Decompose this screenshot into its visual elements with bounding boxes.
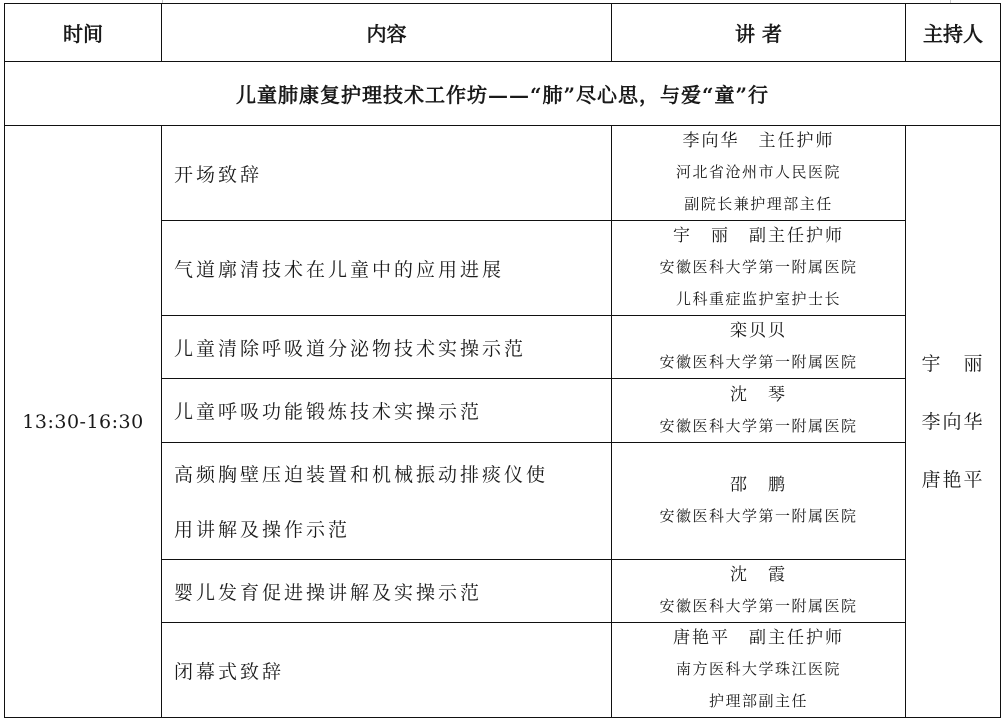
speaker-name: 李向华 主任护师 xyxy=(612,126,905,156)
speaker-affiliation: 安徽医科大学第一附属医院 xyxy=(612,410,905,442)
content-cell: 儿童呼吸功能锻炼技术实操示范 xyxy=(162,379,612,443)
content-cell: 高频胸壁压迫装置和机械振动排痰仪使 用讲解及操作示范 xyxy=(162,443,612,560)
content-cell: 婴儿发育促进操讲解及实操示范 xyxy=(162,560,612,623)
schedule-table: 时间 内容 讲 者 主持人 儿童肺康复护理技术工作坊——“肺”尽心思，与爱“童”… xyxy=(4,3,1001,718)
speaker-cell: 沈 琴 安徽医科大学第一附属医院 xyxy=(612,379,906,443)
host-name: 李向华 xyxy=(906,393,1000,451)
speaker-position: 护理部副主任 xyxy=(612,685,905,717)
speaker-name: 沈 霞 xyxy=(612,560,905,590)
speaker-affiliation: 安徽医科大学第一附属医院 xyxy=(612,590,905,622)
time-slot: 13:30-16:30 xyxy=(5,126,162,718)
content-cell: 气道廓清技术在儿童中的应用进展 xyxy=(162,221,612,316)
hosts-cell: 宇 丽 李向华 唐艳平 xyxy=(906,126,1001,718)
content-cell: 儿童清除呼吸道分泌物技术实操示范 xyxy=(162,316,612,379)
speaker-affiliation: 河北省沧州市人民医院 xyxy=(612,156,905,188)
host-name: 宇 丽 xyxy=(906,335,1000,393)
table-row: 13:30-16:30 开场致辞 李向华 主任护师 河北省沧州市人民医院 副院长… xyxy=(5,126,1001,221)
header-speaker: 讲 者 xyxy=(612,4,906,62)
speaker-name: 唐艳平 副主任护师 xyxy=(612,623,905,653)
speaker-affiliation: 安徽医科大学第一附属医院 xyxy=(612,346,905,378)
speaker-name: 栾贝贝 xyxy=(612,316,905,346)
speaker-affiliation: 南方医科大学珠江医院 xyxy=(612,653,905,685)
speaker-name: 邵 鹏 xyxy=(612,470,905,500)
speaker-cell: 唐艳平 副主任护师 南方医科大学珠江医院 护理部副主任 xyxy=(612,623,906,718)
speaker-position: 儿科重症监护室护士长 xyxy=(612,283,905,315)
speaker-name: 宇 丽 副主任护师 xyxy=(612,221,905,251)
speaker-affiliation: 安徽医科大学第一附属医院 xyxy=(612,500,905,532)
content-cell: 开场致辞 xyxy=(162,126,612,221)
host-name: 唐艳平 xyxy=(906,451,1000,509)
content-cell: 闭幕式致辞 xyxy=(162,623,612,718)
speaker-cell: 宇 丽 副主任护师 安徽医科大学第一附属医院 儿科重症监护室护士长 xyxy=(612,221,906,316)
session-title-row: 儿童肺康复护理技术工作坊——“肺”尽心思，与爱“童”行 xyxy=(5,62,1001,126)
content-line: 用讲解及操作示范 xyxy=(174,515,611,542)
session-title: 儿童肺康复护理技术工作坊——“肺”尽心思，与爱“童”行 xyxy=(5,62,1001,126)
speaker-name: 沈 琴 xyxy=(612,380,905,410)
speaker-cell: 李向华 主任护师 河北省沧州市人民医院 副院长兼护理部主任 xyxy=(612,126,906,221)
header-time: 时间 xyxy=(5,4,162,62)
speaker-cell: 沈 霞 安徽医科大学第一附属医院 xyxy=(612,560,906,623)
speaker-cell: 邵 鹏 安徽医科大学第一附属医院 xyxy=(612,443,906,560)
speaker-affiliation: 安徽医科大学第一附属医院 xyxy=(612,251,905,283)
header-row: 时间 内容 讲 者 主持人 xyxy=(5,4,1001,62)
speaker-cell: 栾贝贝 安徽医科大学第一附属医院 xyxy=(612,316,906,379)
header-host: 主持人 xyxy=(906,4,1001,62)
header-content: 内容 xyxy=(162,4,612,62)
content-line: 高频胸壁压迫装置和机械振动排痰仪使 xyxy=(174,464,548,486)
speaker-position: 副院长兼护理部主任 xyxy=(612,188,905,220)
